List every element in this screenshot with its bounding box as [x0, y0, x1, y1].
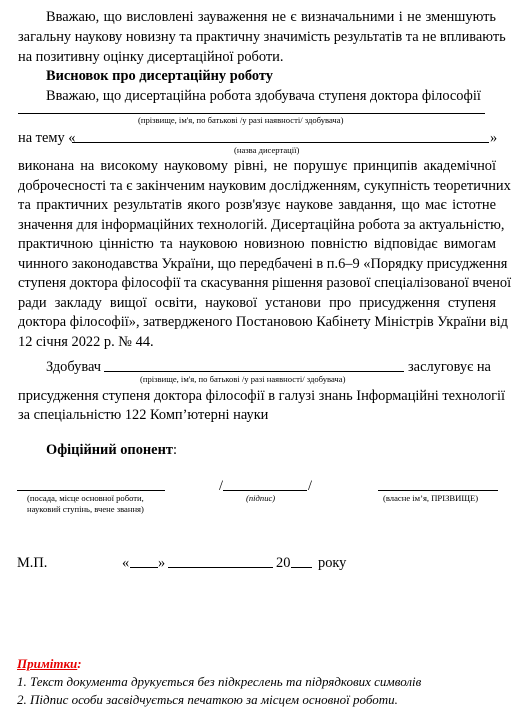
- date-close-quote: »: [158, 553, 165, 573]
- date-year-field[interactable]: [291, 567, 312, 568]
- signature-slash-right: /: [308, 476, 312, 496]
- topic-suffix: »: [490, 128, 497, 148]
- year-prefix: 20: [276, 553, 290, 573]
- date-open-quote: «: [122, 553, 129, 573]
- body-line: значення для інформаційних технологій. Д…: [18, 216, 496, 236]
- signature-caption: (підпис): [246, 493, 275, 503]
- body-line: доброчесності та є закінченим науковим д…: [18, 177, 496, 197]
- opponent-name-caption: (власне ім’я, ПРІЗВИЩЕ): [383, 493, 478, 503]
- candidate-name-field[interactable]: [18, 113, 485, 114]
- note-item: 1. Текст документа друкується без підкре…: [17, 674, 421, 690]
- notes-heading-text: Примітки: [17, 656, 77, 671]
- signature-slash-left: /: [219, 476, 223, 496]
- opponent-position-caption-2: науковий ступінь, вчене звання): [27, 504, 144, 514]
- opponent-label-text: Офіційний опонент: [46, 442, 173, 458]
- opponent-position-caption-1: (посада, місце основної роботи,: [27, 493, 144, 503]
- award-suffix: заслуговує на: [408, 357, 491, 377]
- notes-heading: Примітки:: [17, 656, 82, 672]
- award-prefix: Здобувач: [46, 357, 101, 377]
- body-line: виконана на високому науковому рівні, не…: [18, 157, 496, 177]
- body-line: ради закладу вищої освіти, наукової уста…: [18, 294, 496, 314]
- stamp-label: М.П.: [17, 553, 47, 573]
- topic-prefix: на тему «: [18, 128, 75, 148]
- body-line: доктора філософії», затвердженого Постан…: [18, 313, 496, 333]
- body-line: 12 січня 2022 р. № 44.: [18, 333, 496, 353]
- intro-line: на позитивну оцінку дисертаційної роботи…: [18, 48, 496, 68]
- opponent-label-colon: :: [173, 442, 177, 458]
- conclusion-opening: Вважаю, що дисертаційна робота здобувача…: [46, 86, 481, 106]
- dissertation-title-caption: (назва дисертації): [234, 145, 299, 155]
- dissertation-title-field[interactable]: [72, 142, 489, 143]
- note-item: 2. Підпис особи засвідчується печаткою з…: [17, 692, 398, 708]
- opponent-position-field[interactable]: [17, 490, 165, 491]
- opponent-signature-field[interactable]: [223, 490, 307, 491]
- award-candidate-name-field[interactable]: [104, 371, 404, 372]
- opponent-name-field[interactable]: [378, 490, 498, 491]
- date-month-field[interactable]: [168, 567, 273, 568]
- candidate-name-caption: (прізвище, ім'я, по батькові /у разі ная…: [138, 115, 343, 125]
- award-line: присудження ступеня доктора філософії в …: [18, 386, 505, 406]
- body-line: ступеня доктора філософії та скасування …: [18, 274, 496, 294]
- conclusion-heading: Висновок про дисертаційну роботу: [46, 66, 273, 86]
- year-suffix: року: [318, 553, 346, 573]
- award-name-caption: (прізвище, ім'я, по батькові /у разі ная…: [140, 374, 345, 384]
- body-line: чинного законодавства України, що передб…: [18, 255, 496, 275]
- award-line: за спеціальністю 122 Комп’ютерні науки: [18, 405, 268, 425]
- opponent-label: Офіційний опонент:: [46, 440, 177, 460]
- body-line: та практичних результатів якого розв'язу…: [18, 196, 496, 216]
- intro-line: загальну наукову новизну та практичну зн…: [18, 28, 496, 48]
- notes-heading-colon: :: [77, 656, 81, 671]
- date-day-field[interactable]: [130, 567, 158, 568]
- body-line: практичною цінністю та науковою новизною…: [18, 235, 496, 255]
- intro-line: Вважаю, що висловлені зауваження не є ви…: [46, 8, 496, 28]
